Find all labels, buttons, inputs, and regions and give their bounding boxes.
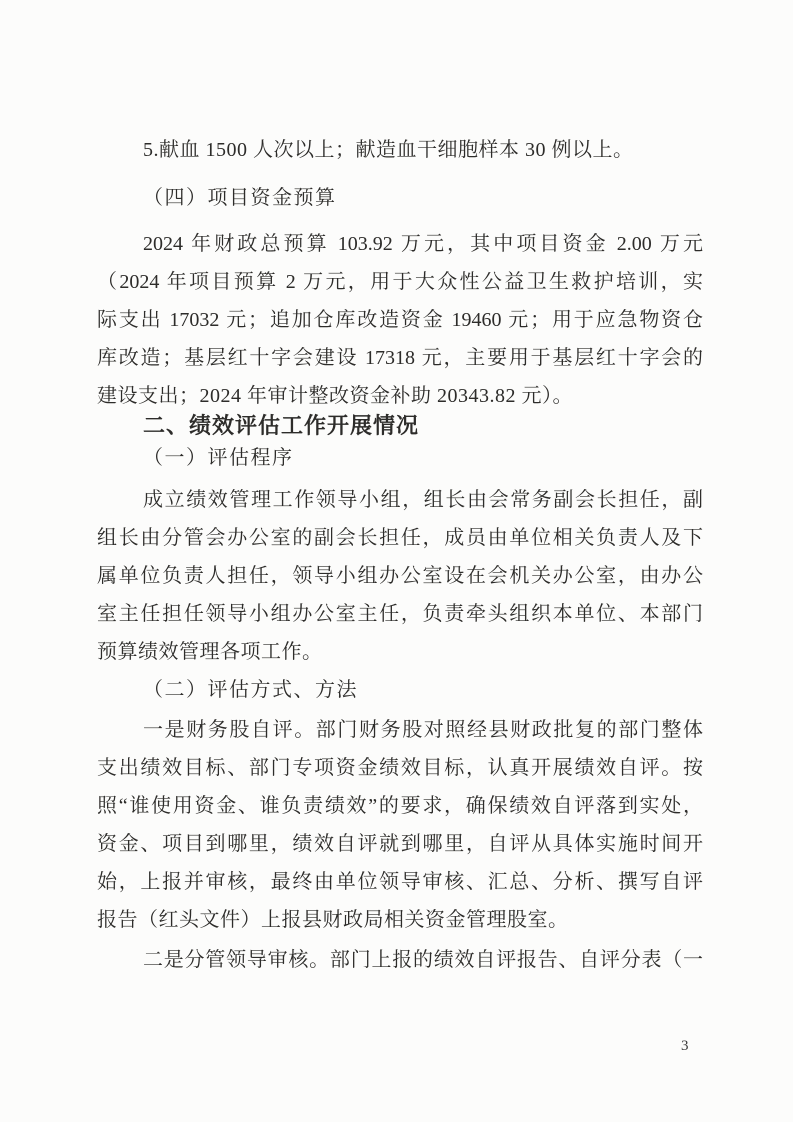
- paragraph-line: 始，上报并审核，最终由单位领导审核、汇总、分析、撰写自评: [97, 863, 703, 901]
- paragraph-line: （2024 年项目预算 2 万元，用于大众性公益卫生救护培训，实: [97, 263, 703, 301]
- paragraph-line: 支出绩效目标、部门专项资金绩效目标，认真开展绩效自评。按: [97, 749, 703, 787]
- paragraph-line: 组长由分管会办公室的副会长担任，成员由单位相关负责人及下: [97, 519, 703, 557]
- paragraph-line: 成立绩效管理工作领导小组，组长由会常务副会长担任，副: [97, 481, 703, 519]
- paragraph-line: 一是财务股自评。部门财务股对照经县财政批复的部门整体: [97, 711, 703, 749]
- page-number: 3: [681, 1036, 689, 1056]
- paragraph-line: 资金、项目到哪里，绩效自评就到哪里，自评从具体实施时间开: [97, 825, 703, 863]
- paragraph-line: 室主任担任领导小组办公室主任，负责牵头组织本单位、本部门: [97, 595, 703, 633]
- heading-evaluation-methods: （二）评估方式、方法: [97, 671, 703, 709]
- paragraph-line: 预算绩效管理各项工作。: [97, 633, 703, 671]
- heading-section-4-project-budget: （四）项目资金预算: [97, 179, 703, 217]
- paragraph-line: 际支出 17032 元；追加仓库改造资金 19460 元；用于应急物资仓: [97, 301, 703, 339]
- paragraph-line: 照“谁使用资金、谁负责绩效”的要求，确保绩效自评落到实处，: [97, 787, 703, 825]
- paragraph-line: 属单位负责人担任，领导小组办公室设在会机关办公室，由办公: [97, 557, 703, 595]
- list-item-blood-donation: 5.献血 1500 人次以上；献造血干细胞样本 30 例以上。: [97, 131, 703, 169]
- paragraph-line: 二是分管领导审核。部门上报的绩效自评报告、自评分表（一: [97, 941, 703, 979]
- paragraph-line: 报告（红头文件）上报县财政局相关资金管理股室。: [97, 901, 703, 939]
- document-page: 5.献血 1500 人次以上；献造血干细胞样本 30 例以上。 （四）项目资金预…: [0, 0, 793, 1122]
- paragraph-line: 库改造；基层红十字会建设 17318 元，主要用于基层红十字会的: [97, 339, 703, 377]
- document-body: 5.献血 1500 人次以上；献造血干细胞样本 30 例以上。 （四）项目资金预…: [97, 131, 703, 979]
- paragraph-line: 2024 年财政总预算 103.92 万元，其中项目资金 2.00 万元: [97, 225, 703, 263]
